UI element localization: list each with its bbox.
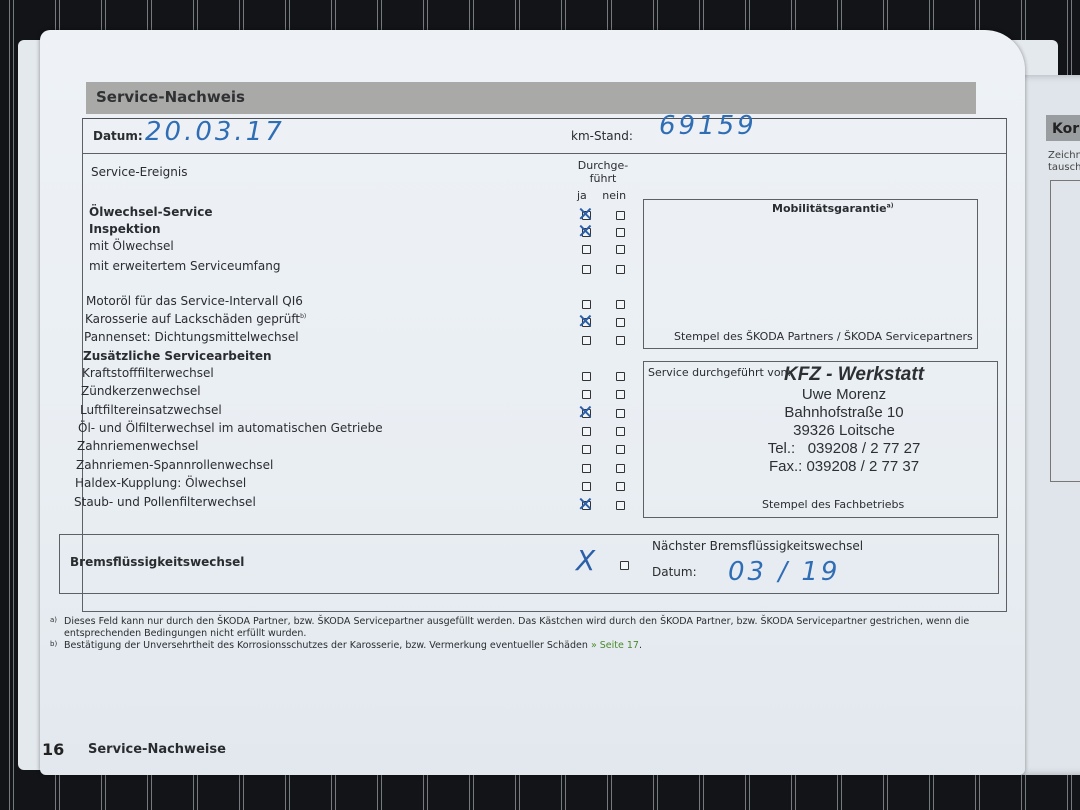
service-item-yes-checkbox[interactable] — [582, 245, 591, 254]
service-item-no-checkbox[interactable] — [616, 228, 625, 237]
additional-item-label: Zahnriemenwechsel — [77, 439, 198, 453]
next-page-box — [1050, 180, 1080, 482]
brake-fluid-no-checkbox[interactable] — [620, 561, 629, 570]
yes-label: ja — [577, 189, 587, 202]
brake-fluid-row: Bremsflüssigkeitswechsel X Nächster Brem… — [59, 534, 999, 594]
handwritten-check-icon: ✕ — [577, 402, 594, 422]
additional-item-yes-checkbox[interactable] — [582, 372, 591, 381]
additional-item-label: Öl- und Ölfilterwechsel im automatischen… — [78, 421, 383, 435]
date-row: Datum: 20.03.17 km-Stand: 69159 — [83, 119, 1006, 154]
next-date-label: Datum: — [652, 565, 697, 579]
service-item-no-checkbox[interactable] — [616, 211, 625, 220]
additional-header: Zusätzliche Servicearbeiten — [83, 349, 272, 363]
service-item-label: Inspektion — [89, 222, 161, 236]
workshop-stamp-caption: Stempel des Fachbetriebs — [762, 498, 904, 511]
brake-fluid-label: Bremsflüssigkeitswechsel — [70, 555, 244, 569]
additional-item-yes-checkbox[interactable] — [582, 445, 591, 454]
next-brake-fluid-label: Nächster Bremsflüssigkeitswechsel — [652, 539, 863, 553]
service-item-label: Karosserie auf Lackschäden geprüftb) — [85, 312, 306, 326]
additional-item-no-checkbox[interactable] — [616, 390, 625, 399]
km-value[interactable]: 69159 — [659, 111, 757, 141]
additional-item-label: Haldex-Kupplung: Ölwechsel — [75, 476, 246, 490]
additional-item-label: Zahnriemen-Spannrollenwechsel — [76, 458, 273, 472]
next-page-text: Zeichn tausch — [1048, 150, 1080, 174]
service-event-label: Service-Ereignis — [91, 165, 187, 179]
additional-item-label: Kraftstofffilterwechsel — [82, 366, 214, 380]
handwritten-check-icon: ✕ — [577, 311, 594, 331]
additional-item-label: Zündkerzenwechsel — [81, 384, 201, 398]
footnote-b: b) Bestätigung der Unversehrtheit des Ko… — [50, 640, 1010, 652]
mobility-title: Mobilitätsgarantiea) — [772, 202, 893, 215]
mobility-guarantee-box: Mobilitätsgarantiea) Stempel des ŠKODA P… — [643, 199, 978, 349]
service-item-label: mit erweitertem Serviceumfang — [89, 259, 280, 273]
service-item-yes-checkbox[interactable] — [582, 265, 591, 274]
additional-item-yes-checkbox[interactable] — [582, 464, 591, 473]
additional-item-no-checkbox[interactable] — [616, 501, 625, 510]
service-item-label: mit Ölwechsel — [89, 239, 174, 253]
date-label: Datum: — [93, 129, 143, 143]
additional-item-no-checkbox[interactable] — [616, 464, 625, 473]
service-item-yes-checkbox[interactable] — [582, 336, 591, 345]
service-item-label: Ölwechsel-Service — [89, 205, 212, 219]
additional-item-yes-checkbox[interactable] — [582, 427, 591, 436]
performed-header: Durchge- führt — [571, 159, 635, 185]
mobility-stamp-caption: Stempel des ŠKODA Partners / ŠKODA Servi… — [674, 330, 973, 343]
next-date-value[interactable]: 03 / 19 — [728, 557, 840, 587]
service-record-form: Datum: 20.03.17 km-Stand: 69159 Service-… — [82, 118, 1007, 612]
service-item-no-checkbox[interactable] — [616, 336, 625, 345]
additional-item-no-checkbox[interactable] — [616, 427, 625, 436]
additional-item-no-checkbox[interactable] — [616, 409, 625, 418]
workshop-stamp-box: Service durchgeführt von: KFZ - Werkstat… — [643, 361, 998, 518]
date-value[interactable]: 20.03.17 — [145, 117, 285, 147]
footnotes: a) Dieses Feld kann nur durch den ŠKODA … — [50, 616, 1010, 652]
additional-item-label: Staub- und Pollenfilterwechsel — [74, 495, 256, 509]
additional-item-no-checkbox[interactable] — [616, 482, 625, 491]
footnote-a: a) Dieses Feld kann nur durch den ŠKODA … — [50, 616, 1010, 640]
service-item-no-checkbox[interactable] — [616, 265, 625, 274]
page-section-title: Service-Nachweise — [88, 742, 226, 757]
brake-fluid-yes-check[interactable]: X — [576, 547, 595, 575]
service-item-no-checkbox[interactable] — [616, 300, 625, 309]
handwritten-check-icon: ✕ — [577, 221, 594, 241]
additional-item-yes-checkbox[interactable] — [582, 482, 591, 491]
service-item-label: Pannenset: Dichtungsmittelwechsel — [84, 330, 299, 344]
service-item-label: Motoröl für das Service-Intervall QI6 — [86, 294, 303, 308]
page-number: 16 — [42, 740, 64, 759]
workshop-stamp: KFZ - Werkstatt Uwe Morenz Bahnhofstraße… — [734, 364, 954, 476]
service-item-no-checkbox[interactable] — [616, 245, 625, 254]
additional-item-no-checkbox[interactable] — [616, 372, 625, 381]
yes-no-header: ja nein — [577, 189, 638, 202]
page-link[interactable]: » Seite 17 — [591, 640, 639, 651]
section-header: Service-Nachweis — [86, 82, 976, 114]
service-item-yes-checkbox[interactable] — [582, 300, 591, 309]
additional-item-no-checkbox[interactable] — [616, 445, 625, 454]
service-item-no-checkbox[interactable] — [616, 318, 625, 327]
km-label: km-Stand: — [571, 129, 633, 143]
handwritten-check-icon: ✕ — [577, 494, 594, 514]
next-page-title: Kor — [1046, 115, 1080, 141]
additional-item-yes-checkbox[interactable] — [582, 390, 591, 399]
additional-item-label: Luftfiltereinsatzwechsel — [80, 403, 222, 417]
no-label: nein — [602, 189, 626, 202]
